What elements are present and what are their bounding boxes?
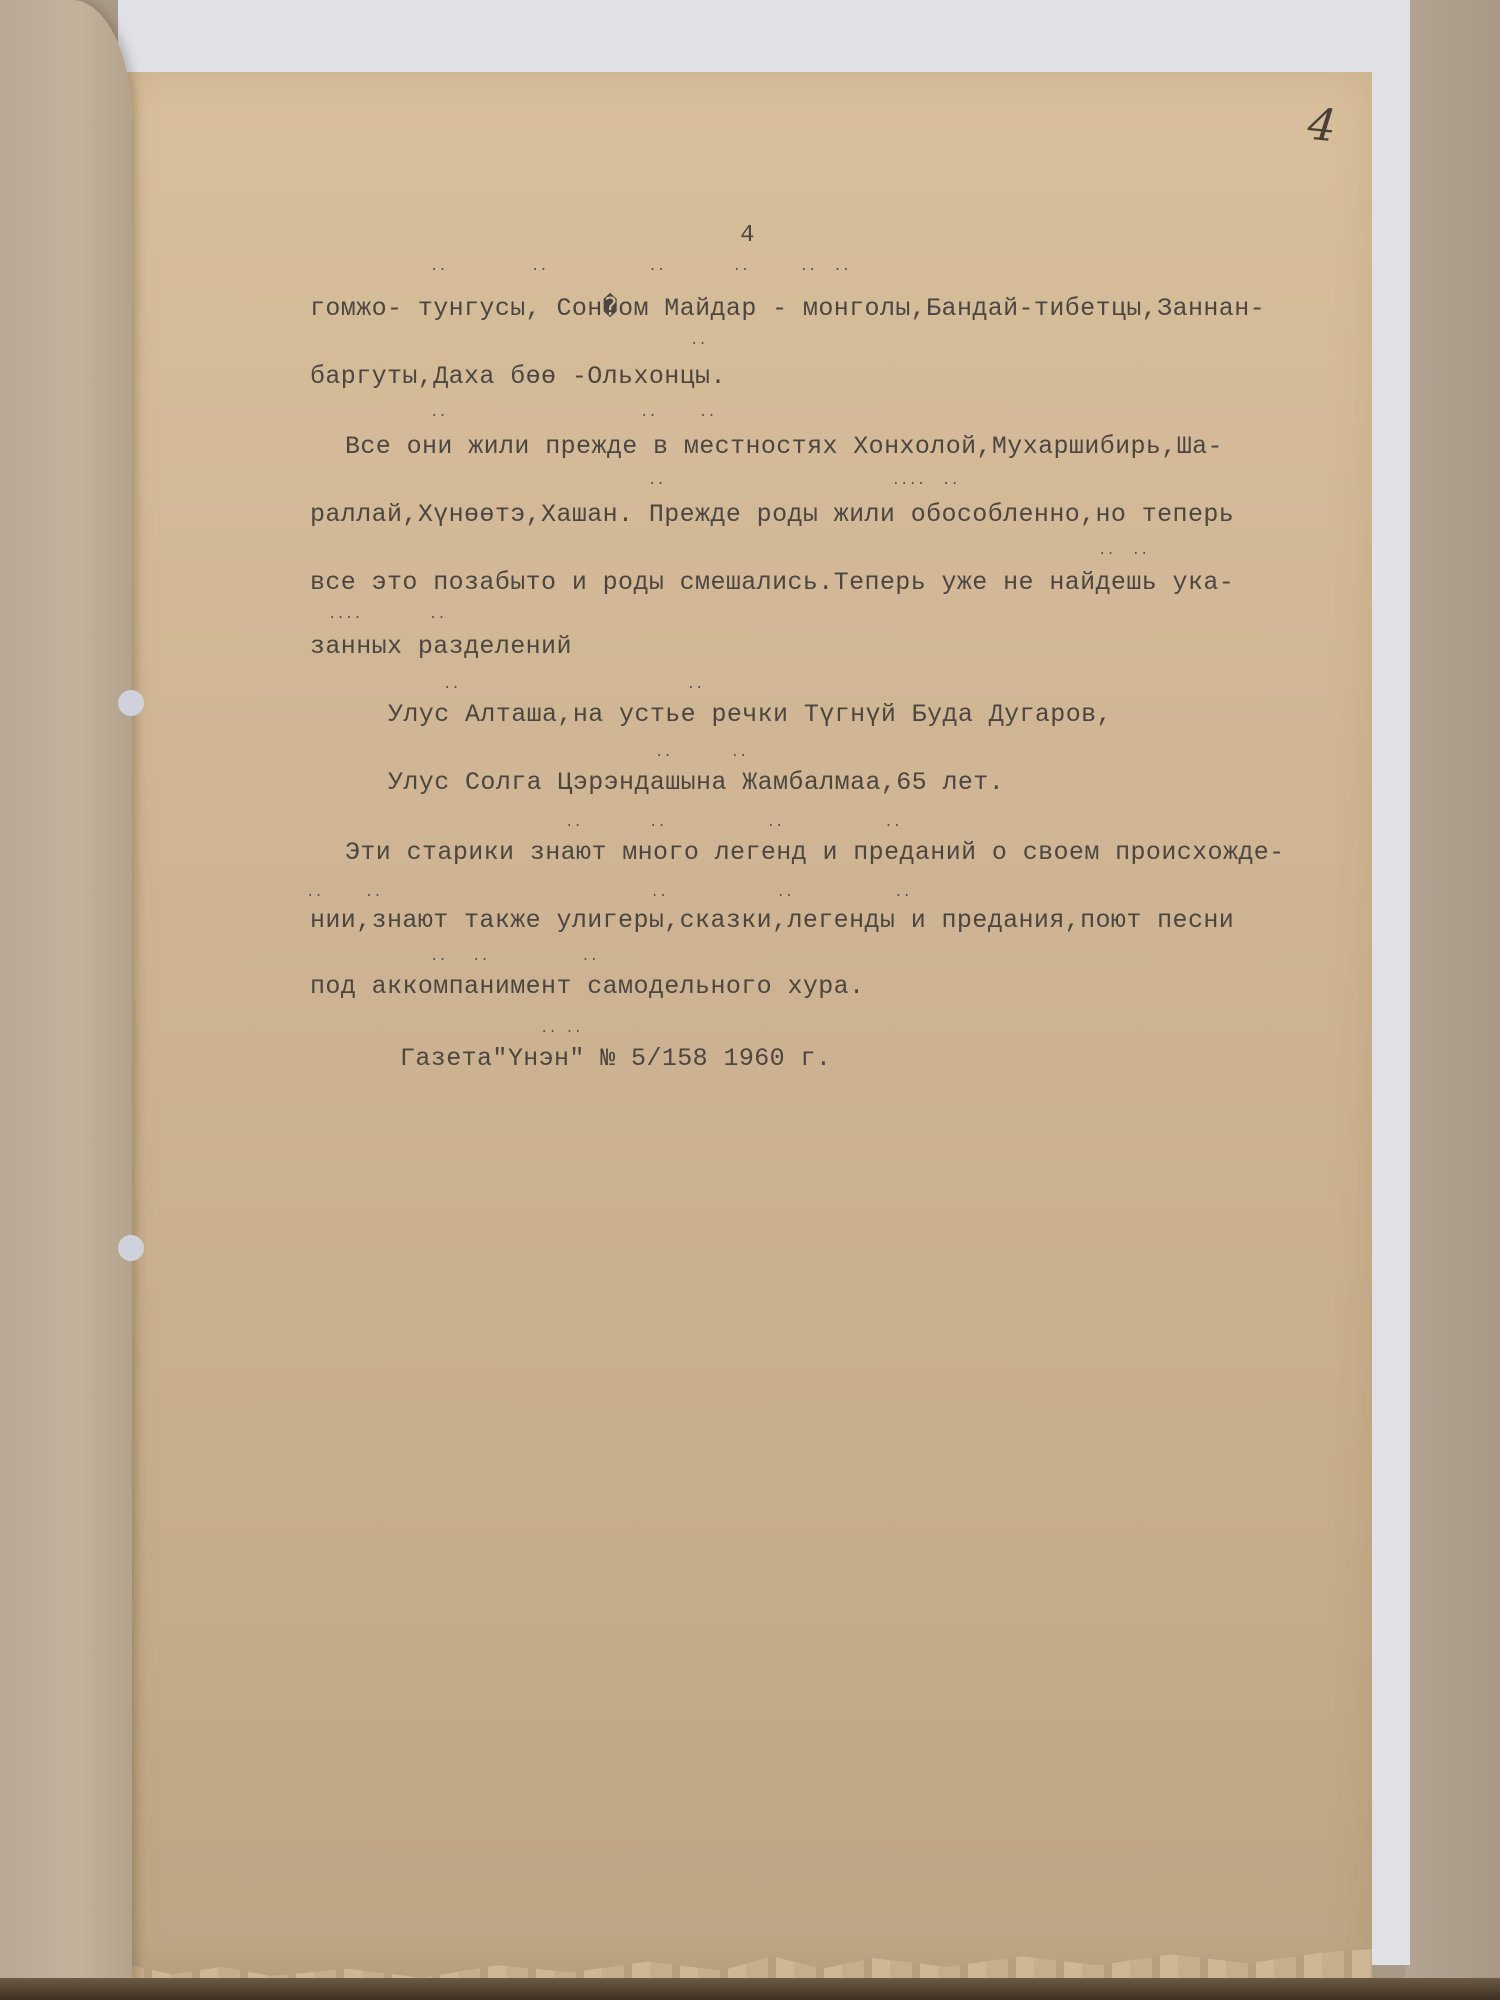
diacritic-row: ·· ·· ·· ·· <box>565 818 901 834</box>
text-line-2: баргуты,Даха бөө -Ольхонцы. <box>310 362 726 391</box>
diacritic-row: ···· ·· <box>328 610 446 626</box>
diacritic-row: ·· ·· ·· <box>430 952 598 968</box>
text-line-9: Эти старики знают много легенд и предани… <box>345 838 1285 867</box>
diacritic-row: ·· ·· <box>443 680 703 696</box>
text-line-8: Улус Солга Цэрэндашына Жамбалмаа,65 лет. <box>388 768 1004 797</box>
typewritten-page <box>122 72 1372 1977</box>
text-line-1: гомжо- тунгусы, Сон�ом Майдар - монголы,… <box>310 292 1265 323</box>
punch-hole-bottom <box>118 1235 144 1261</box>
text-line-10: нии,знают также улигеры,сказки,легенды и… <box>310 906 1234 935</box>
diacritic-row: ·· <box>690 336 707 352</box>
diacritic-row: ·· ···· ·· <box>648 476 959 492</box>
diacritic-row: ·· ·· <box>540 1024 582 1040</box>
folder-cover-left <box>0 0 132 2000</box>
typed-page-number: 4 <box>740 222 754 249</box>
text-line-7: Улус Алташа,на устье речки Түгнүй Буда Д… <box>388 700 1112 729</box>
text-line-11: под аккомпанимент самодельного хура. <box>310 972 865 1001</box>
background-surface <box>1405 0 1500 2000</box>
diacritic-row: ·· ·· ·· ·· ·· ·· <box>430 262 850 278</box>
text-line-4: раллай,Хүнөөтэ,Хашан. Прежде роды жили о… <box>310 500 1234 529</box>
diacritic-row: ·· ·· ·· <box>430 408 716 424</box>
text-line-6: занных разделений <box>310 632 572 661</box>
text-line-12-citation: Газета"Үнэн" № 5/158 1960 г. <box>400 1044 831 1073</box>
text-line-3: Все они жили прежде в местностях Хонхоло… <box>345 432 1223 461</box>
punch-hole-top <box>118 690 144 716</box>
diacritic-row: ·· ·· ·· ·· ·· <box>306 888 911 904</box>
diacritic-row: ·· ·· <box>1098 546 1148 562</box>
text-line-5: все это позабыто и роды смешались.Теперь… <box>310 568 1234 597</box>
diacritic-row: ·· ·· <box>655 748 747 764</box>
desk-edge-shadow <box>0 1978 1500 2000</box>
handwritten-page-number: 4 <box>1305 99 1338 153</box>
